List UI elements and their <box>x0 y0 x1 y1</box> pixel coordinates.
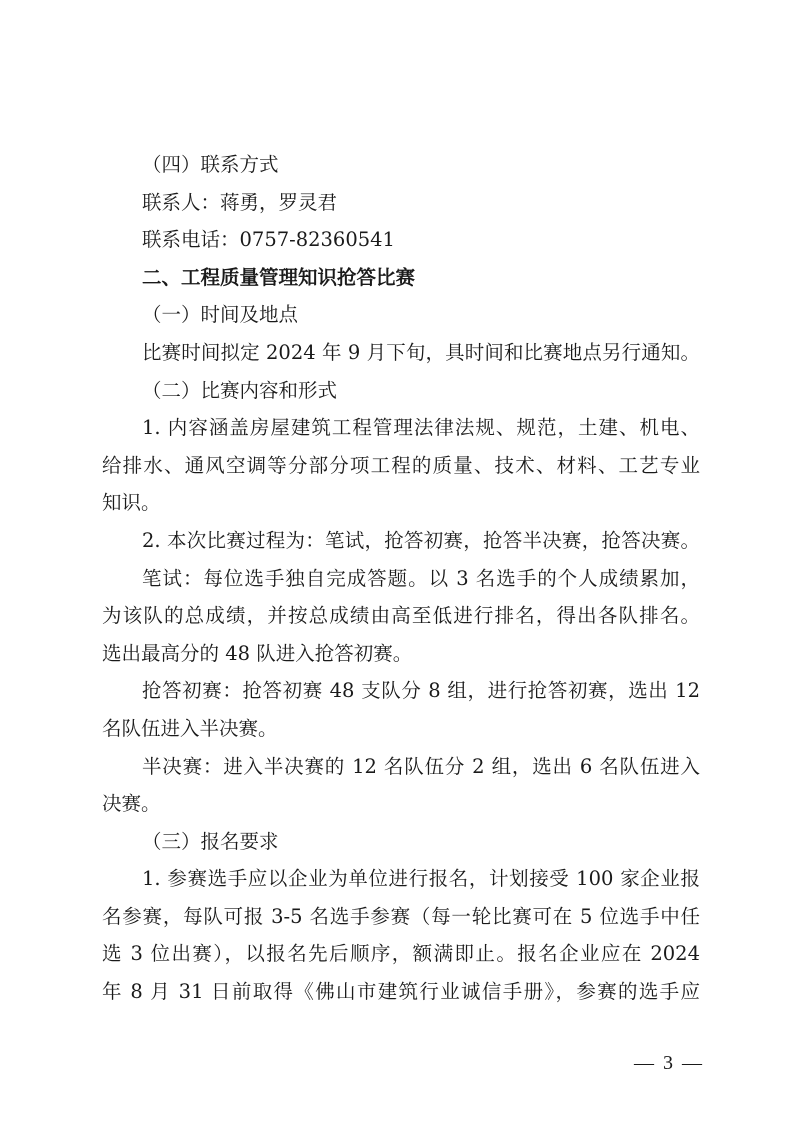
content-item-1: 1. 内容涵盖房屋建筑工程管理法律法规、规范，土建、机电、 给排水、通风空调等分… <box>102 409 700 522</box>
paragraph-line: 1. 参赛选手应以企业为单位进行报名，计划接受 100 家企业报 <box>102 860 700 898</box>
document-page: （四）联系方式 联系人：蒋勇，罗灵君 联系电话：0757-82360541 二、… <box>102 146 700 1011</box>
time-place-text: 比赛时间拟定 2024 年 9 月下旬，具时间和比赛地点另行通知。 <box>102 334 700 372</box>
content-item-2: 2. 本次比赛过程为：笔试，抢答初赛，抢答半决赛，抢答决赛。 <box>102 522 700 560</box>
semifinal-paragraph: 半决赛：进入半决赛的 12 名队伍分 2 组，选出 6 名队伍进入 决赛。 <box>102 748 700 823</box>
paragraph-line: 名参赛，每队可报 3-5 名选手参赛（每一轮比赛可在 5 位选手中任 <box>102 898 700 936</box>
registration-item-1: 1. 参赛选手应以企业为单位进行报名，计划接受 100 家企业报 名参赛，每队可… <box>102 860 700 1010</box>
contact-phone: 联系电话：0757-82360541 <box>102 221 700 259</box>
registration-heading: （三）报名要求 <box>102 823 700 861</box>
preliminary-paragraph: 抢答初赛：抢答初赛 48 支队分 8 组，进行抢答初赛，选出 12 名队伍进入半… <box>102 672 700 747</box>
content-form-heading: （二）比赛内容和形式 <box>102 372 700 410</box>
paragraph-line: 选出最高分的 48 队进入抢答初赛。 <box>102 635 700 673</box>
paragraph-line: 1. 内容涵盖房屋建筑工程管理法律法规、规范，土建、机电、 <box>102 409 700 447</box>
contact-person: 联系人：蒋勇，罗灵君 <box>102 184 700 222</box>
paragraph-line: 笔试：每位选手独自完成答题。以 3 名选手的个人成绩累加， <box>102 560 700 598</box>
section-heading-contact: （四）联系方式 <box>102 146 700 184</box>
written-test-paragraph: 笔试：每位选手独自完成答题。以 3 名选手的个人成绩累加， 为该队的总成绩，并按… <box>102 560 700 673</box>
page-number: — 3 — <box>634 1052 704 1075</box>
paragraph-line: 抢答初赛：抢答初赛 48 支队分 8 组，进行抢答初赛，选出 12 <box>102 672 700 710</box>
paragraph-line: 决赛。 <box>102 785 700 823</box>
paragraph-line: 为该队的总成绩，并按总成绩由高至低进行排名，得出各队排名。 <box>102 597 700 635</box>
time-place-heading: （一）时间及地点 <box>102 296 700 334</box>
paragraph-line: 知识。 <box>102 484 700 522</box>
paragraph-line: 名队伍进入半决赛。 <box>102 710 700 748</box>
paragraph-line: 2. 本次比赛过程为：笔试，抢答初赛，抢答半决赛，抢答决赛。 <box>102 522 700 560</box>
paragraph-line: 选 3 位出赛），以报名先后顺序，额满即止。报名企业应在 2024 <box>102 935 700 973</box>
part-two-title: 二、工程质量管理知识抢答比赛 <box>102 259 700 297</box>
paragraph-line: 给排水、通风空调等分部分项工程的质量、技术、材料、工艺专业 <box>102 447 700 485</box>
paragraph-line: 年 8 月 31 日前取得《佛山市建筑行业诚信手册》，参赛的选手应 <box>102 973 700 1011</box>
paragraph-line: 半决赛：进入半决赛的 12 名队伍分 2 组，选出 6 名队伍进入 <box>102 748 700 786</box>
